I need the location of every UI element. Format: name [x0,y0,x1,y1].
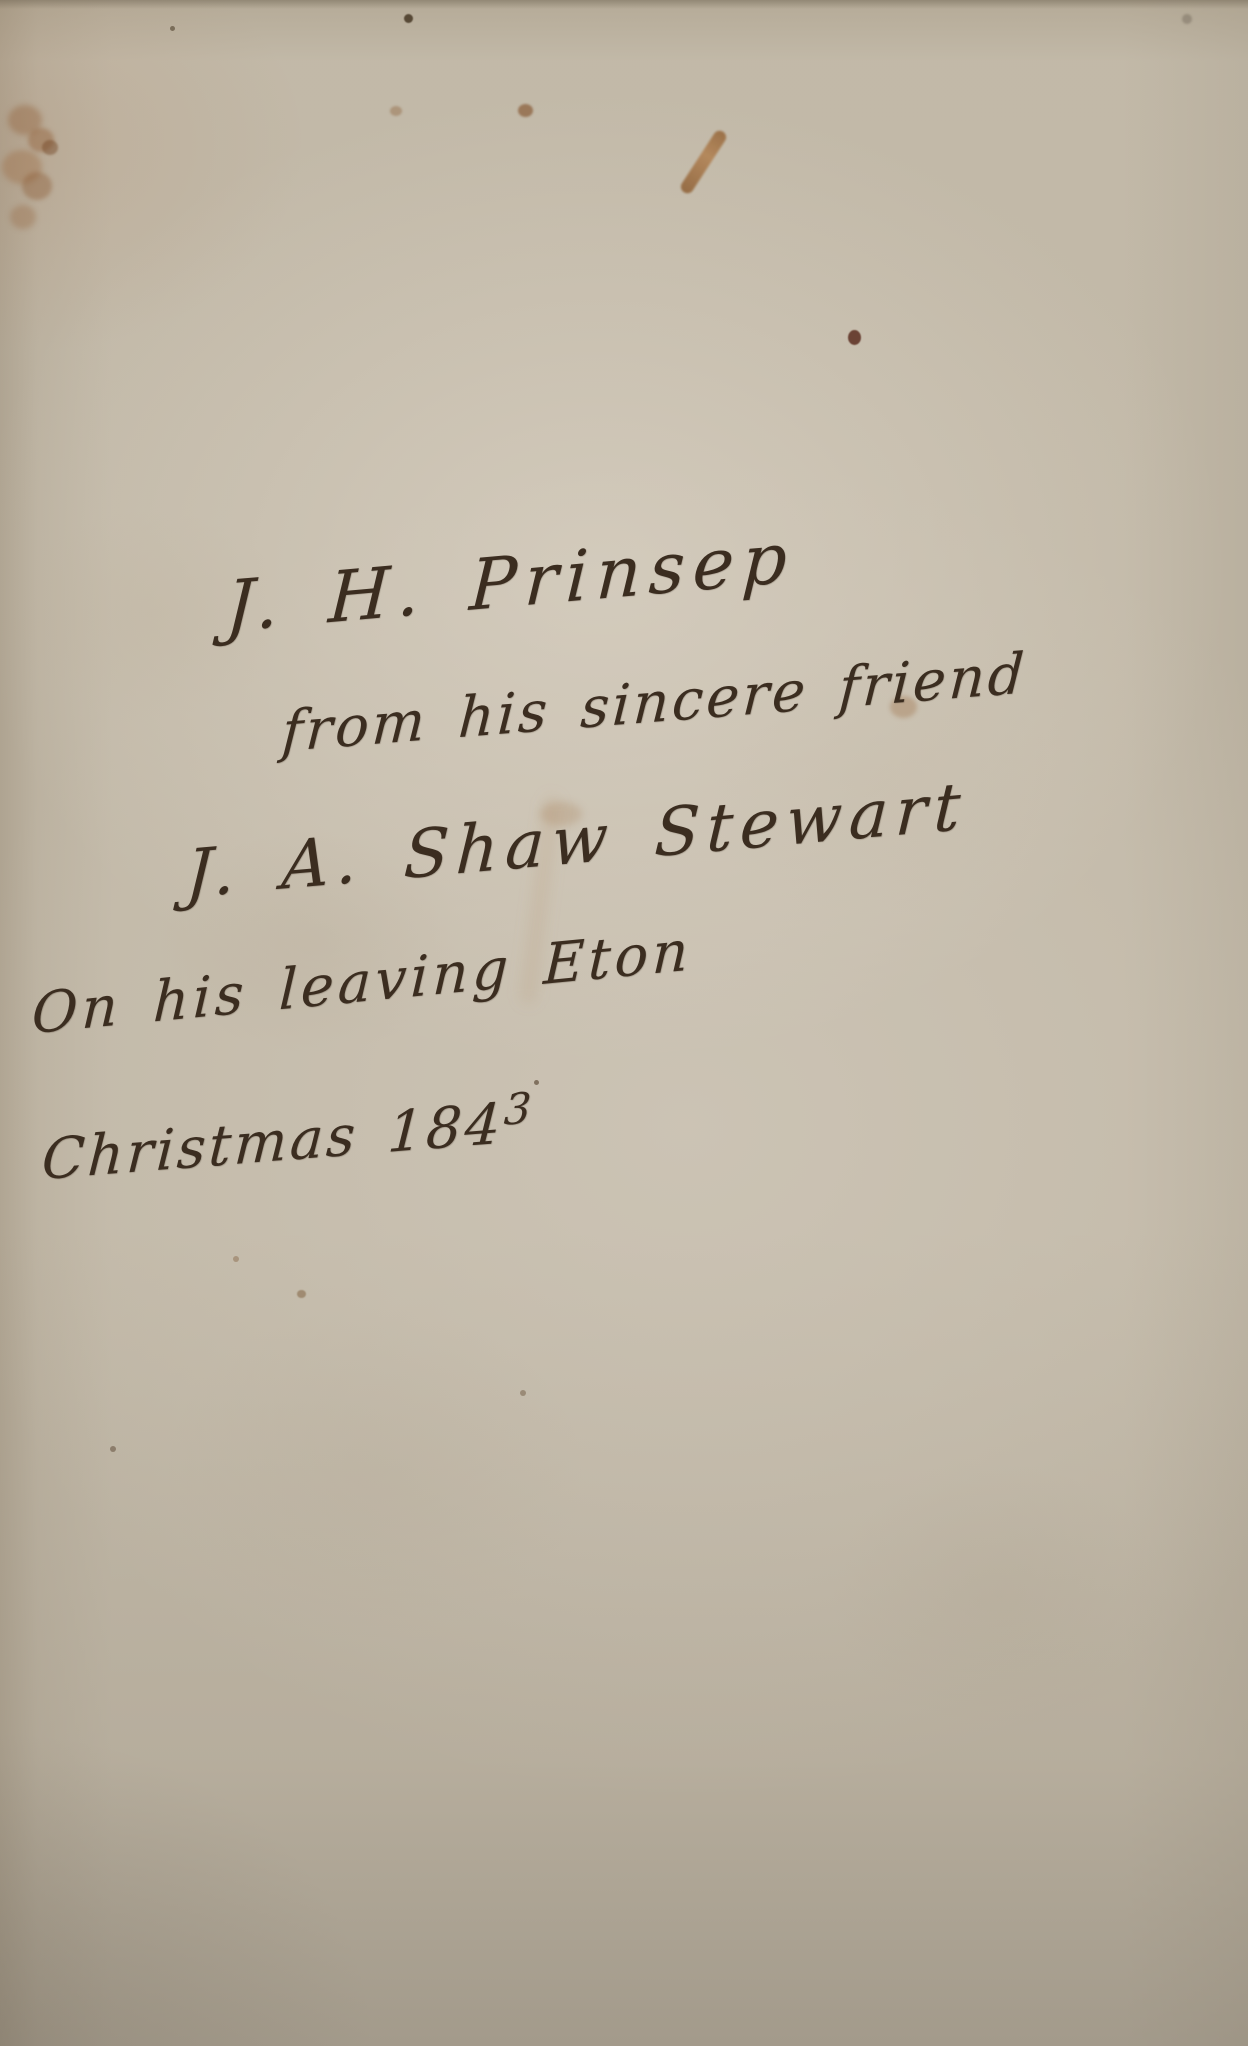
foxing-spot [518,104,533,117]
page-top-edge-shadow [0,0,1248,9]
inscription-line-occasion: On his leaving Eton [31,918,694,1047]
foxing-spot [390,106,402,116]
inscription-date-main: Christmas 184 [40,1091,505,1193]
dark-speck [404,14,413,23]
book-flyleaf-page: J. H. Prinsep from his sincere friend J.… [0,0,1248,2046]
dark-speck [520,1390,526,1396]
dark-speck [110,1446,116,1452]
foxing-spot [8,105,42,135]
foxing-spot [10,205,36,229]
dark-speck [1182,14,1192,24]
dark-spot [848,330,861,345]
foxing-spot [22,172,52,200]
faded-ink-smear-stroke [678,128,728,195]
foxing-spot [28,128,54,152]
foxing-spot [297,1290,306,1298]
inscription-line-giver: J. A. Shaw Stewart [184,767,969,913]
foxing-spot [233,1256,239,1262]
foxing-spot [42,140,58,155]
foxing-spot [2,150,42,184]
inscription-line-recipient: J. H. Prinsep [224,516,797,648]
inscription-line-date: Christmas 1843 [40,1089,535,1193]
inscription-line-dedication: from his sincere friend [280,641,1029,765]
dark-speck [170,26,175,31]
inscription-date-superscript: 3 [503,1083,536,1136]
